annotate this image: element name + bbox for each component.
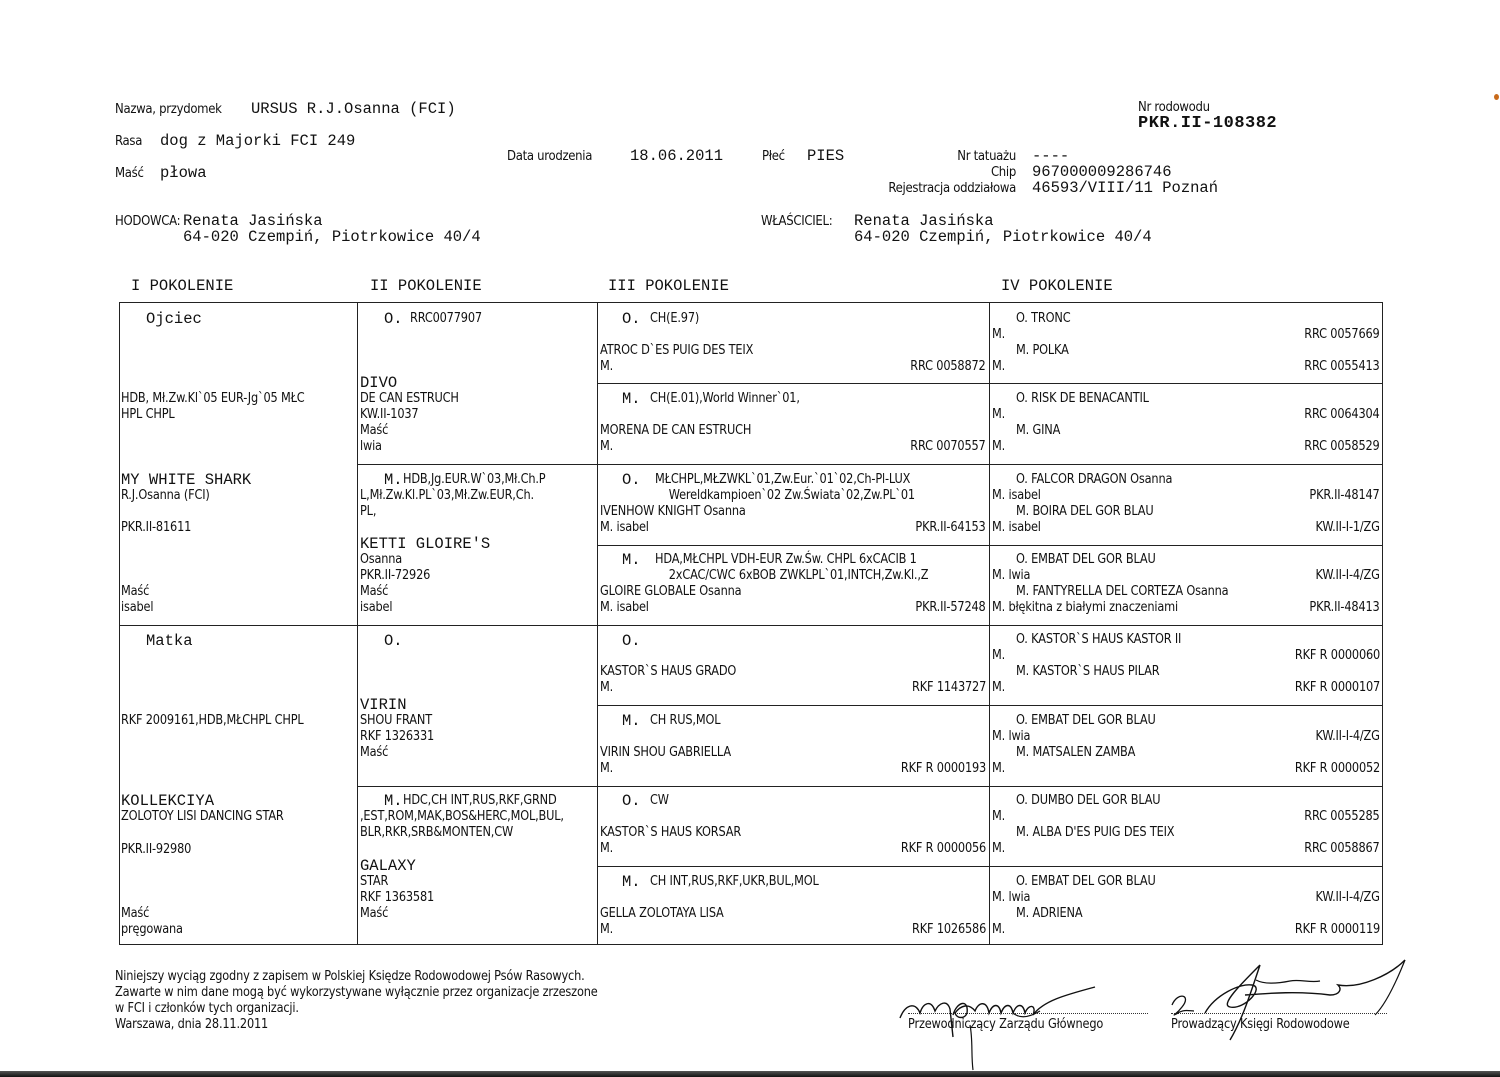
gen3-name: GELLA ZOLOTAYA LISA [600,906,724,921]
gen2-name-suffix: STAR [360,874,388,889]
sire-titles: HDB, Mł.Zw.Kl`05 EUR-Jg`05 MŁC HPL CHPL [121,391,305,423]
sire-color: isabel [121,600,153,615]
gen4-dam: M. KASTOR`S HAUS PILAR [1016,664,1159,679]
gen4-sire-color: M. [992,327,1005,342]
gen4-dam: M. FANTYRELLA DEL CORTEZA Osanna [1016,584,1228,599]
gen3-registration: PKR.II-57248 [916,600,986,615]
gen4-dam-registration: KW.II-I-1/ZG [1316,520,1380,535]
scan-edge [0,1071,1500,1077]
gen4-sire-registration: RRC 0055285 [1305,809,1380,824]
dam-color-label: Maść [121,906,149,921]
gen4-sire-color: M. [992,407,1005,422]
gen4-sire-color: M. lwia [992,890,1030,905]
gen4-dam: M. MATSALEN ZAMBA [1016,745,1135,760]
gen4-dam-color: M. [992,922,1005,937]
gen3-titles: CH(E.97) [650,311,699,326]
gen2-name-suffix: SHOU FRANT [360,713,432,728]
dam-titles: RKF 2009161,HDB,MŁCHPL CHPL [121,713,304,728]
dam-role-label: Matka [146,632,193,650]
gen4-dam-registration: RKF R 0000107 [1295,680,1380,695]
gen3-titles: HDA,MŁCHPL VDH-EUR Zw.Św. CHPL 6xCACIB 1… [655,552,928,584]
gen2-registration: KW.II-1037 [360,407,418,422]
birth-label: Data urodzenia [507,149,592,164]
generation-1-heading: I POKOLENIE [131,277,233,295]
owner-label: WŁAŚCICIEL: [761,214,832,229]
gen4-dam: M. ADRIENA [1016,906,1082,921]
gen4-dam-registration: PKR.II-48413 [1310,600,1380,615]
gen2-name-suffix: DE CAN ESTRUCH [360,391,459,407]
gen3-color: M. [600,680,613,695]
gen3-registration: RKF R 0000193 [901,761,986,776]
gen4-sire-registration: KW.II-I-4/ZG [1316,729,1380,744]
gen3-titles: CH RUS,MOL [650,713,720,728]
gen2-color: isabel [360,600,392,615]
gen4-sire: O. EMBAT DEL GOR BLAU [1016,874,1156,889]
gen4-sire-color: M. lwia [992,729,1030,744]
gen4-dam: M. POLKA [1016,343,1069,358]
gen3-prefix: M. [622,551,641,569]
gen3-titles: CH INT,RUS,RKF,UKR,BUL,MOL [650,874,819,889]
color-value: płowa [160,164,207,182]
breed-value: dog z Majorki FCI 249 [160,132,355,150]
gen2-color-label: Maść [360,745,388,760]
breeder-label: HODOWCA: [115,214,180,229]
gen2-registration: RKF 1326331 [360,729,434,744]
grid-line [989,302,990,945]
gen3-prefix: O. [622,310,641,328]
gen4-sire-color: M. isabel [992,488,1041,503]
gen3-registration: RRC 0058872 [911,359,986,374]
sire-role-label: Ojciec [146,310,202,328]
gen3-titles: MŁCHPL,MŁZWKL`01,Zw.Eur.`01`02,Ch-Pl-LUX… [655,472,915,504]
gen3-color: M. isabel [600,520,649,535]
generation-3-heading: III POKOLENIE [608,277,729,295]
grid-line [119,625,1383,626]
sire-name: MY WHITE SHARK [121,471,251,489]
scan-speck [1494,94,1499,100]
gen3-registration: RKF R 0000056 [901,841,986,856]
gen4-dam-color: M. [992,439,1005,454]
gen2-color-label: Maść [360,906,388,921]
gen3-color: M. [600,439,613,454]
gen2-color: lwia [360,439,382,454]
gen2-name: GALAXY [360,857,416,875]
gen3-name: GLOIRE GLOBALE Osanna [600,584,741,599]
sire-color-label: Maść [121,584,149,599]
gen4-sire-registration: PKR.II-48147 [1310,488,1380,503]
gen4-dam: M. ALBA D'ES PUIG DES TEIX [1016,825,1174,840]
gen3-prefix: M. [622,873,641,891]
gen4-sire-registration: KW.II-I-4/ZG [1316,890,1380,905]
chip-label: Chip [991,165,1016,180]
gen2-name: DIVO [360,374,397,392]
gen4-dam-registration: RRC 0058867 [1305,841,1380,856]
gen4-dam-color: M. [992,761,1005,776]
gen3-color: M. [600,761,613,776]
grid-line [597,545,1383,546]
gen3-registration: RRC 0070557 [911,439,986,454]
gen4-dam-registration: RKF R 0000052 [1295,761,1380,776]
gen4-sire: O. FALCOR DRAGON Osanna [1016,472,1172,487]
gen4-sire-color: M. lwia [992,568,1030,583]
dog-name: URSUS R.J.Osanna (FCI) [251,100,456,118]
gen2-titles: HDC,CH INT,RUS,RKF,GRND ,EST,ROM,MAK,BOS… [360,793,564,841]
gen2-name: VIRIN [360,696,407,714]
grid-line [597,705,1383,706]
gen3-prefix: M. [622,712,641,730]
gen4-dam-registration: RKF R 0000119 [1295,922,1380,937]
dam-name: KOLLEKCIYA [121,792,214,810]
gen4-sire-registration: KW.II-I-4/ZG [1316,568,1380,583]
gen2-prefix: O. [384,310,403,328]
gen4-sire: O. RISK DE BENACANTIL [1016,391,1149,406]
gen2-registration: PKR.II-72926 [360,568,430,583]
branch-registration-value: 46593/VIII/11 Poznań [1032,179,1218,197]
gen4-dam-color: M. isabel [992,520,1041,535]
gen4-sire: O. DUMBO DEL GOR BLAU [1016,793,1160,808]
gen3-titles: CH(E.01),World Winner`01, [650,391,800,406]
gen2-color-label: Maść [360,584,388,599]
gen3-color: M. [600,841,613,856]
grid-line [119,302,120,945]
certification-line: w FCI i członków tych organizacji. [115,1001,299,1016]
grid-line [597,866,1383,867]
gen4-sire-registration: RRC 0064304 [1305,407,1380,422]
grid-line [357,786,1383,787]
branch-registration-label: Rejestracja oddziałowa [888,181,1016,196]
dam-name-suffix: ZOLOTOY LISI DANCING STAR [121,809,284,824]
sex-value: PIES [807,147,844,165]
chairman-signature-icon [895,985,1155,1075]
birth-date: 18.06.2011 [630,147,723,165]
tattoo-label: Nr tatuażu [957,149,1016,164]
gen2-name-suffix: Osanna [360,552,402,567]
grid-line [1382,302,1383,945]
gen3-prefix: O. [622,632,641,650]
gen4-sire-registration: RRC 0057669 [1305,327,1380,342]
certification-line: Zawarte w nim dane mogą być wykorzystywa… [115,985,598,1000]
gen3-titles: CW [650,793,669,808]
gen2-titles: HDB,Jg.EUR.W`03,Mł.Ch.P L,Mł.Zw.Kl.PL`03… [360,472,545,520]
gen3-name: ATROC D`ES PUIG DES TEIX [600,343,753,358]
grid-line [597,302,598,945]
grid-line [119,302,1383,303]
grid-line [119,944,1383,945]
breeder-address: 64-020 Czempiń, Piotrkowice 40/4 [183,228,481,246]
gen4-dam: M. GINA [1016,423,1060,438]
gen4-sire-color: M. [992,809,1005,824]
generation-4-heading: IV POKOLENIE [1001,277,1113,295]
gen4-dam: M. BOIRA DEL GOR BLAU [1016,504,1153,519]
registrar-signature-icon [1160,955,1410,1050]
gen2-titles: RRC0077907 [410,311,482,326]
grid-line [357,302,358,945]
gen2-prefix: O. [384,632,403,650]
dam-color: pręgowana [121,922,183,937]
sex-label: Płeć [762,149,785,164]
sire-registration: PKR.II-81611 [121,520,191,535]
gen3-name: IVENHOW KNIGHT Osanna [600,504,746,519]
gen4-dam-color: M. błękitna z białymi znaczeniami [992,600,1178,615]
pedigree-number: PKR.II-108382 [1138,114,1277,133]
gen3-prefix: O. [622,792,641,810]
color-label: Maść [115,166,144,181]
gen3-name: KASTOR`S HAUS KORSAR [600,825,741,840]
gen3-registration: PKR.II-64153 [916,520,986,535]
gen4-sire: O. EMBAT DEL GOR BLAU [1016,552,1156,567]
gen3-registration: RKF 1143727 [912,680,986,695]
gen4-dam-registration: RRC 0055413 [1305,359,1380,374]
gen4-dam-registration: RRC 0058529 [1305,439,1380,454]
gen2-registration: RKF 1363581 [360,890,434,905]
gen4-sire-registration: RKF R 0000060 [1295,648,1380,663]
issue-place-date: Warszawa, dnia 28.11.2011 [115,1017,268,1032]
gen3-color: M. isabel [600,600,649,615]
gen4-sire: O. TRONC [1016,311,1070,326]
grid-line [357,464,1383,465]
sire-name-suffix: R.J.Osanna (FCI) [121,488,210,503]
gen3-color: M. [600,359,613,374]
dam-registration: PKR.II-92980 [121,842,191,857]
gen4-sire: O. KASTOR`S HAUS KASTOR II [1016,632,1181,647]
gen4-sire: O. EMBAT DEL GOR BLAU [1016,713,1156,728]
gen4-sire-color: M. [992,648,1005,663]
gen3-prefix: M. [622,390,641,408]
gen3-color: M. [600,922,613,937]
pedigree-no-label: Nr rodowodu [1138,100,1210,115]
gen4-dam-color: M. [992,359,1005,374]
gen4-dam-color: M. [992,680,1005,695]
gen3-name: VIRIN SHOU GABRIELLA [600,745,731,760]
owner-address: 64-020 Czempiń, Piotrkowice 40/4 [854,228,1152,246]
gen3-prefix: O. [622,471,641,489]
name-label: Nazwa, przydomek [115,102,222,117]
certification-line: Niniejszy wyciąg zgodny z zapisem w Pols… [115,969,585,984]
breed-label: Rasa [115,134,142,149]
gen2-name: KETTI GLOIRE'S [360,535,490,553]
gen3-registration: RKF 1026586 [912,922,986,937]
generation-2-heading: II POKOLENIE [370,277,482,295]
gen3-name: KASTOR`S HAUS GRADO [600,664,736,679]
gen4-dam-color: M. [992,841,1005,856]
gen2-color-label: Maść [360,423,388,438]
gen3-name: MORENA DE CAN ESTRUCH [600,423,751,438]
grid-line [597,383,1383,384]
